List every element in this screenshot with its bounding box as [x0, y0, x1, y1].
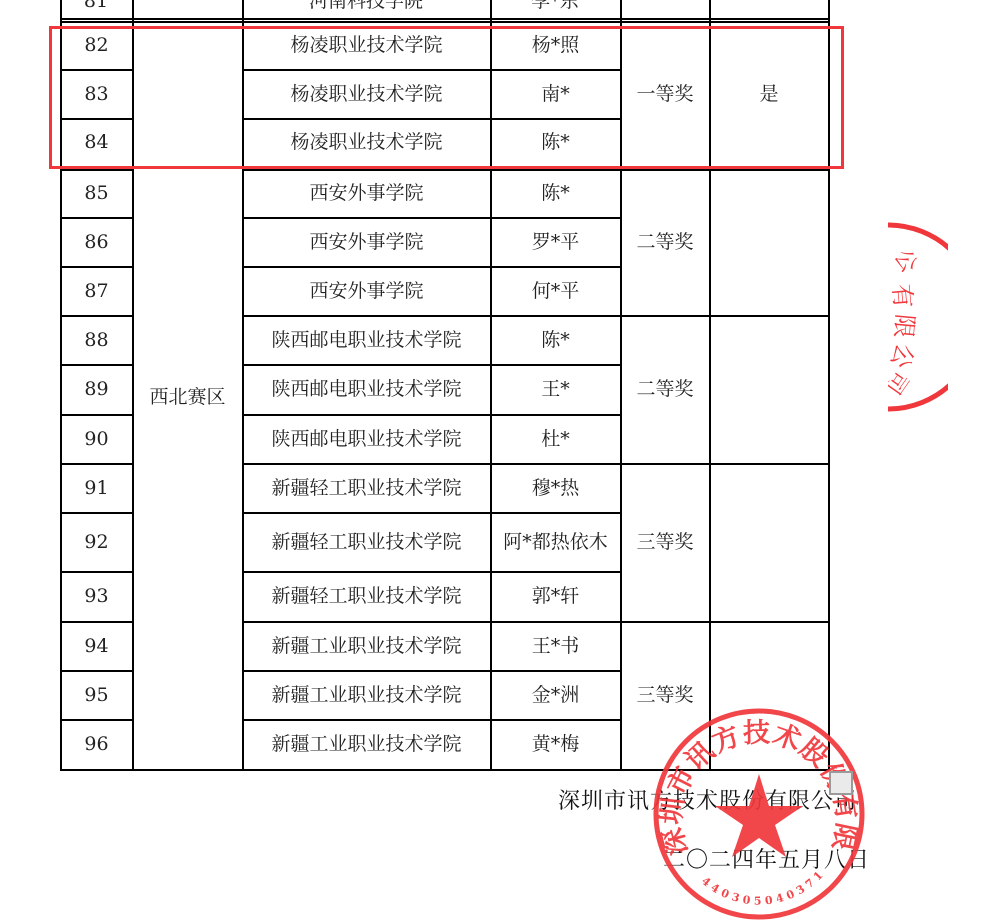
svg-text:公: 公 — [889, 246, 922, 278]
cell-school: 新疆工业职业技术学院 — [243, 622, 490, 670]
cell-school: 陕西邮电职业技术学院 — [243, 316, 490, 364]
cell-name: 陈* — [491, 170, 620, 217]
cell-award: 三等奖 — [621, 464, 709, 621]
cell-index: 86 — [61, 218, 132, 266]
cell-school: 陕西邮电职业技术学院 — [243, 365, 490, 414]
cell-school: 新疆轻工职业技术学院 — [243, 513, 490, 571]
checkbox[interactable] — [829, 771, 853, 795]
document-page: 81 河南科技学院 李*东 82 杨凌职业技术学院 杨*照 — [0, 0, 981, 924]
cell-name: 何*平 — [491, 267, 620, 315]
cell-school: 西安外事学院 — [243, 267, 490, 315]
cell-index: 95 — [61, 671, 132, 719]
cell-school-partial: 河南科技学院 — [242, 0, 490, 16]
cell-award: 二等奖 — [621, 170, 709, 315]
cell-index: 85 — [61, 170, 132, 217]
cell-school: 新疆工业职业技术学院 — [243, 671, 490, 719]
cell-name: 阿*都热依木 — [497, 513, 614, 571]
cell-name: 穆*热 — [491, 464, 620, 512]
cell-name-partial: 李*东 — [490, 0, 620, 16]
signature-date: 二〇二四年五月八日 — [663, 843, 870, 874]
cell-name: 王*书 — [491, 622, 620, 670]
cell-index: 87 — [61, 267, 132, 315]
cell-school: 新疆轻工职业技术学院 — [243, 464, 490, 512]
cell-school: 西安外事学院 — [243, 170, 490, 217]
cell-award: 三等奖 — [621, 622, 709, 769]
cell-name: 杜* — [491, 415, 620, 463]
cell-school: 西安外事学院 — [243, 218, 490, 266]
cell-index: 96 — [61, 720, 132, 769]
cell-award: 二等奖 — [621, 316, 709, 463]
cell-index: 92 — [61, 513, 132, 571]
cell-name: 黄*梅 — [491, 720, 620, 769]
cell-index: 90 — [61, 415, 132, 463]
highlight-box — [49, 26, 844, 169]
region-label: 西北赛区 — [133, 384, 242, 411]
cell-index: 88 — [61, 316, 132, 364]
cell-index: 94 — [61, 622, 132, 670]
cell-extra — [710, 316, 828, 463]
svg-text:有: 有 — [888, 283, 917, 309]
cell-extra — [710, 170, 828, 315]
svg-text:司: 司 — [888, 366, 913, 398]
signature-company: 深圳市讯方技术股份有限公司 — [558, 784, 857, 815]
cell-index: 89 — [61, 365, 132, 414]
cell-extra — [710, 464, 828, 621]
stamp-partial-icon: 公 有 限 公 司 — [888, 222, 948, 412]
svg-text:限: 限 — [889, 313, 919, 339]
cell-index-partial: 81 — [60, 0, 132, 16]
cell-name: 郭*轩 — [491, 572, 620, 621]
cell-name: 金*洲 — [491, 671, 620, 719]
cell-school: 新疆工业职业技术学院 — [243, 720, 490, 769]
svg-text:公: 公 — [888, 340, 919, 372]
cell-name: 王* — [491, 365, 620, 414]
cell-name: 罗*平 — [491, 218, 620, 266]
cell-name: 陈* — [491, 316, 620, 364]
cell-index: 91 — [61, 464, 132, 512]
cell-school: 新疆轻工职业技术学院 — [243, 572, 490, 621]
cell-index: 93 — [61, 572, 132, 621]
cell-school: 陕西邮电职业技术学院 — [243, 415, 490, 463]
cell-extra — [710, 622, 828, 769]
